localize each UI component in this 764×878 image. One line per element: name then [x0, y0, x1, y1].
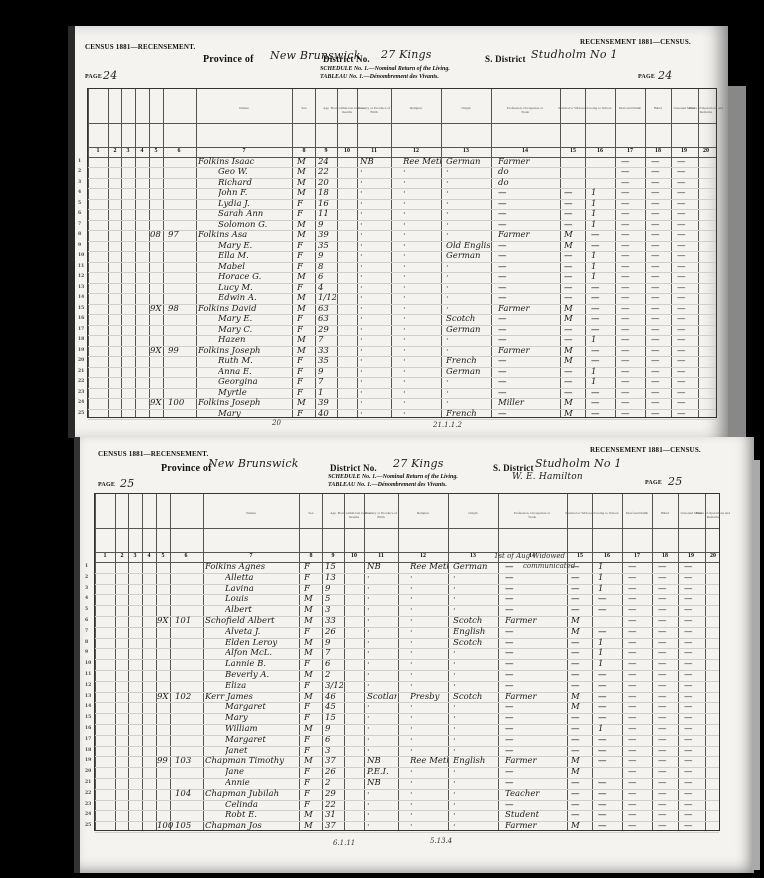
origin: German — [453, 562, 497, 573]
school: — — [598, 756, 618, 767]
column-number: 5 — [157, 553, 169, 559]
blank-mark: — — [658, 573, 668, 584]
school: — — [591, 304, 611, 314]
blank-mark: — — [684, 724, 694, 735]
age: 29 — [318, 325, 336, 335]
sex: M — [297, 220, 313, 230]
line-number: 4 — [85, 594, 93, 605]
religion: · — [410, 713, 448, 724]
origin: · — [453, 659, 497, 670]
line-number: 17 — [78, 325, 86, 335]
person-name: Folkins Joseph — [198, 346, 290, 356]
birthplace: · — [360, 367, 390, 377]
blank-mark: — — [628, 735, 638, 746]
sex: M — [304, 670, 320, 681]
person-name: Schofield Albert — [205, 616, 297, 627]
family-number: 97 — [168, 230, 192, 240]
line-number: 19 — [85, 756, 93, 767]
occupation: Farmer — [498, 230, 558, 240]
line-number: 21 — [78, 367, 86, 377]
sex: F — [297, 314, 313, 324]
blank-mark: — — [628, 724, 638, 735]
blank-mark: — — [651, 262, 661, 272]
school: 1 — [591, 262, 611, 272]
blank-mark: — — [621, 272, 631, 282]
origin: · — [446, 230, 490, 240]
occupation: do — [498, 178, 558, 188]
blank-mark: — — [621, 409, 631, 419]
blank-mark: — — [651, 209, 661, 219]
age: 26 — [325, 627, 343, 638]
marital-status: M — [564, 346, 584, 356]
blank-mark: — — [628, 627, 638, 638]
dwelling-number: 9X — [150, 304, 170, 314]
blank-mark: — — [621, 251, 631, 261]
line-number: 9 — [78, 241, 86, 251]
dwelling-number: 08 — [150, 230, 170, 240]
school: — — [591, 346, 611, 356]
birthplace: NB — [367, 756, 397, 767]
district-label: District No. — [330, 463, 377, 473]
school: — — [591, 314, 611, 324]
sex: M — [297, 304, 313, 314]
origin: · — [453, 789, 497, 800]
marital-status: — — [571, 724, 591, 735]
age: 33 — [318, 346, 336, 356]
blank-mark: — — [621, 346, 631, 356]
line-number: 21 — [85, 778, 93, 789]
province-label: Province of — [203, 54, 254, 65]
occupation: — — [498, 199, 558, 209]
marital-status: M — [571, 616, 591, 627]
birthplace: · — [367, 573, 397, 584]
blank-mark: — — [684, 778, 694, 789]
age: 3/12 — [325, 681, 343, 692]
blank-mark: — — [628, 594, 638, 605]
person-name: Folkins Joseph — [198, 398, 290, 408]
sex: M — [304, 756, 320, 767]
blank-mark: — — [628, 562, 638, 573]
person-name: Folkins Agnes — [205, 562, 297, 573]
age: 3 — [325, 605, 343, 616]
origin: · — [453, 821, 497, 832]
table-row: 25100105Chapman JosM37···FarmerM———— — [95, 821, 719, 833]
column-number: 12 — [417, 553, 429, 559]
column-header: Country or Province of Birth — [361, 511, 401, 519]
blank-mark: — — [621, 199, 631, 209]
birthplace: · — [360, 283, 390, 293]
blank-mark: — — [621, 220, 631, 230]
religion: · — [403, 241, 441, 251]
line-number: 13 — [85, 692, 93, 703]
marital-status: — — [571, 638, 591, 649]
occupation: — — [498, 241, 558, 251]
age: 9 — [318, 220, 336, 230]
line-number: 16 — [85, 724, 93, 735]
blank-mark: — — [684, 821, 694, 832]
birthplace: · — [360, 178, 390, 188]
blank-mark: — — [658, 681, 668, 692]
occupation: — — [498, 293, 558, 303]
column-number: 1 — [92, 148, 104, 154]
sex: F — [304, 735, 320, 746]
sex: M — [297, 293, 313, 303]
origin: · — [446, 262, 490, 272]
person-name: Kerr James — [205, 692, 297, 703]
line-number: 3 — [85, 584, 93, 595]
religion: · — [403, 209, 441, 219]
remark-2: communicated — [523, 562, 575, 570]
line-number: 25 — [85, 821, 93, 832]
blank-mark: — — [651, 241, 661, 251]
birthplace: · — [360, 220, 390, 230]
blank-mark: — — [677, 325, 687, 335]
marital-status: M — [571, 767, 591, 778]
birthplace: NB — [367, 778, 397, 789]
page-label-right: PAGE — [638, 74, 655, 80]
sex: F — [297, 209, 313, 219]
blank-mark: — — [658, 594, 668, 605]
blank-mark: — — [628, 659, 638, 670]
column-number: 14 — [519, 148, 531, 154]
blank-mark: — — [684, 702, 694, 713]
age: 9 — [318, 251, 336, 261]
header-rule — [95, 528, 719, 529]
school: — — [591, 356, 611, 366]
origin: German — [446, 325, 490, 335]
birthplace: · — [360, 325, 390, 335]
blank-mark: — — [677, 157, 687, 167]
age: 35 — [318, 241, 336, 251]
religion: · — [403, 199, 441, 209]
marital-status: — — [571, 789, 591, 800]
origin: · — [446, 272, 490, 282]
blank-mark: — — [658, 562, 668, 573]
occupation: Farmer — [505, 616, 565, 627]
school: 1 — [591, 209, 611, 219]
age: 63 — [318, 314, 336, 324]
birthplace: · — [367, 713, 397, 724]
occupation: — — [505, 702, 565, 713]
birthplace: · — [360, 241, 390, 251]
subdistrict-value: Studholm No 1 — [535, 457, 622, 470]
sex: F — [304, 562, 320, 573]
sex: F — [304, 789, 320, 800]
column-number: 5 — [150, 148, 162, 154]
line-number: 25 — [78, 409, 86, 419]
birthplace: · — [360, 209, 390, 219]
province-value: New Brunswick — [208, 457, 299, 470]
district-label: District No. — [323, 54, 370, 64]
blank-mark: — — [658, 800, 668, 811]
origin: · — [446, 283, 490, 293]
sex: M — [304, 692, 320, 703]
origin: · — [453, 767, 497, 778]
religion: · — [410, 681, 448, 692]
blank-mark: — — [658, 702, 668, 713]
religion: · — [403, 367, 441, 377]
column-header: Origin — [446, 106, 486, 110]
religion: · — [410, 800, 448, 811]
line-number: 12 — [78, 272, 86, 282]
family-number: 104 — [175, 789, 199, 800]
occupation: — — [498, 409, 558, 419]
blank-mark: — — [651, 346, 661, 356]
marital-status: — — [571, 778, 591, 789]
blank-mark: — — [677, 293, 687, 303]
column-number: 9 — [320, 148, 332, 154]
origin: Scotch — [446, 314, 490, 324]
blank-mark: — — [651, 157, 661, 167]
blank-mark: — — [658, 713, 668, 724]
marital-status: — — [564, 199, 584, 209]
birthplace: · — [360, 388, 390, 398]
origin: · — [453, 594, 497, 605]
sex: M — [304, 638, 320, 649]
sex: M — [304, 724, 320, 735]
marital-status: M — [564, 241, 584, 251]
subdistrict-label: S. District — [485, 54, 526, 64]
blank-mark: — — [628, 573, 638, 584]
blank-mark: — — [658, 746, 668, 757]
age: 24 — [318, 157, 336, 167]
sex: F — [297, 251, 313, 261]
column-header: Profession, Occupation or Trade — [505, 106, 545, 114]
sex: M — [297, 335, 313, 345]
age: 1 — [318, 388, 336, 398]
column-header: Profession, Occupation or Trade — [512, 511, 552, 519]
blank-mark: — — [628, 800, 638, 811]
origin: · — [453, 778, 497, 789]
sex: F — [297, 388, 313, 398]
blank-mark: — — [621, 388, 631, 398]
blank-mark: — — [684, 800, 694, 811]
sex: M — [297, 230, 313, 240]
religion: · — [403, 251, 441, 261]
blank-mark: — — [684, 810, 694, 821]
blank-mark: — — [677, 314, 687, 324]
sex: M — [297, 398, 313, 408]
age: 39 — [318, 230, 336, 240]
school: — — [591, 283, 611, 293]
blank-mark: — — [677, 346, 687, 356]
blank-mark: — — [621, 178, 631, 188]
origin: · — [446, 335, 490, 345]
school: — — [591, 293, 611, 303]
religion: · — [403, 335, 441, 345]
religion: · — [410, 638, 448, 649]
person-name: Chapman Jubilah — [205, 789, 297, 800]
blank-mark: — — [677, 167, 687, 177]
dwelling-number: 9X — [150, 346, 170, 356]
line-number: 16 — [78, 314, 86, 324]
origin: · — [453, 605, 497, 616]
family-number: 100 — [168, 398, 192, 408]
blank-mark: — — [621, 325, 631, 335]
marital-status: — — [564, 325, 584, 335]
origin: German — [446, 157, 490, 167]
marital-status: — — [571, 584, 591, 595]
occupation: — — [498, 377, 558, 387]
line-number: 5 — [85, 605, 93, 616]
column-header: Country or Province of Birth — [354, 106, 394, 114]
age: 37 — [325, 821, 343, 832]
column-header: Religion — [403, 511, 443, 515]
marital-status: — — [571, 659, 591, 670]
birthplace: · — [360, 188, 390, 198]
age: 8 — [318, 262, 336, 272]
blank-mark: — — [628, 810, 638, 821]
origin: Scotch — [453, 638, 497, 649]
marital-status: — — [564, 388, 584, 398]
sex: F — [297, 377, 313, 387]
blank-mark: — — [621, 188, 631, 198]
blank-mark: — — [658, 810, 668, 821]
birthplace: · — [367, 681, 397, 692]
family-number: 105 — [175, 821, 199, 832]
blank-mark: — — [628, 605, 638, 616]
occupation: — — [505, 648, 565, 659]
birthplace: · — [367, 605, 397, 616]
marital-status: M — [564, 356, 584, 366]
blank-mark: — — [684, 648, 694, 659]
origin: · — [446, 220, 490, 230]
column-number: 10 — [341, 148, 353, 154]
age: 9 — [318, 367, 336, 377]
occupation: — — [498, 314, 558, 324]
blank-mark: — — [677, 304, 687, 314]
sex: F — [304, 627, 320, 638]
blank-mark: — — [628, 670, 638, 681]
blank-mark: — — [621, 367, 631, 377]
blank-mark: — — [628, 584, 638, 595]
religion: · — [403, 356, 441, 366]
marital-status: — — [564, 335, 584, 345]
line-number: 1 — [85, 562, 93, 573]
blank-mark: — — [651, 356, 661, 366]
school: 1 — [598, 562, 618, 573]
school: 1 — [598, 648, 618, 659]
blank-mark: — — [651, 251, 661, 261]
line-number: 24 — [78, 398, 86, 408]
page-number-left: 24 — [103, 69, 117, 82]
age: 13 — [325, 573, 343, 584]
census-title-left: CENSUS 1881—RECENSEMENT. — [85, 43, 195, 51]
sex: M — [297, 346, 313, 356]
line-number: 23 — [78, 388, 86, 398]
census-page-25: CENSUS 1881—RECENSEMENT. Province of New… — [74, 437, 754, 873]
occupation: Farmer — [498, 157, 558, 167]
line-number: 5 — [78, 199, 86, 209]
religion: · — [403, 377, 441, 387]
line-number: 7 — [78, 220, 86, 230]
sex: F — [297, 367, 313, 377]
sex: F — [297, 199, 313, 209]
line-number: 18 — [78, 335, 86, 345]
page-number-left: 25 — [120, 477, 134, 490]
line-number: 14 — [85, 702, 93, 713]
age: 26 — [325, 767, 343, 778]
sex: F — [297, 356, 313, 366]
sex: F — [304, 681, 320, 692]
occupation: — — [498, 262, 558, 272]
dwelling-number: 9X — [157, 692, 177, 703]
blank-mark: — — [658, 670, 668, 681]
column-number: 13 — [460, 148, 472, 154]
blank-mark: — — [658, 789, 668, 800]
schedule-english: SCHEDULE No. 1.—Nominal Return of the Li… — [320, 66, 450, 72]
page-number-right: 24 — [658, 69, 672, 82]
marital-status: M — [564, 314, 584, 324]
occupation: — — [505, 594, 565, 605]
school: 1 — [591, 367, 611, 377]
marital-status: — — [564, 251, 584, 261]
page-label-left: PAGE — [85, 74, 102, 80]
blank-mark: — — [651, 188, 661, 198]
age: 63 — [318, 304, 336, 314]
blank-mark: — — [658, 724, 668, 735]
line-number: 17 — [85, 735, 93, 746]
blank-mark: — — [677, 188, 687, 198]
school: — — [598, 800, 618, 811]
birthplace: · — [360, 199, 390, 209]
remark-1: 1st of Aug Widowed — [494, 552, 565, 560]
birthplace: · — [367, 584, 397, 595]
birthplace: · — [360, 262, 390, 272]
school: — — [598, 605, 618, 616]
blank-mark: — — [658, 821, 668, 832]
religion: · — [403, 283, 441, 293]
line-number: 12 — [85, 681, 93, 692]
marital-status: — — [564, 283, 584, 293]
column-number: 15 — [567, 148, 579, 154]
column-number: 13 — [467, 553, 479, 559]
age: 46 — [325, 692, 343, 703]
blank-mark: — — [677, 272, 687, 282]
sex: F — [304, 800, 320, 811]
blank-mark: — — [677, 199, 687, 209]
census-title-left: CENSUS 1881—RECENSEMENT. — [98, 450, 208, 458]
marital-status: M — [571, 627, 591, 638]
line-number: 3 — [78, 178, 86, 188]
age: 9 — [325, 584, 343, 595]
religion: Ree Meth — [403, 157, 441, 167]
dwelling-number: 9X — [157, 616, 177, 627]
column-header: Origin — [453, 511, 493, 515]
line-number: 13 — [78, 283, 86, 293]
person-name: Chapman Jos — [205, 821, 297, 832]
blank-mark: — — [621, 356, 631, 366]
age: 1/12 — [318, 293, 336, 303]
blank-mark: — — [684, 746, 694, 757]
school: 1 — [598, 638, 618, 649]
blank-mark: — — [628, 681, 638, 692]
blank-mark: — — [651, 367, 661, 377]
religion: · — [410, 573, 448, 584]
occupation: — — [498, 209, 558, 219]
blank-mark: — — [651, 199, 661, 209]
column-number: 7 — [245, 553, 257, 559]
column-number: 2 — [109, 148, 121, 154]
age: 11 — [318, 209, 336, 219]
line-number: 18 — [85, 746, 93, 757]
occupation: — — [505, 638, 565, 649]
column-number: 15 — [574, 553, 586, 559]
line-number: 7 — [85, 627, 93, 638]
religion: · — [403, 272, 441, 282]
birthplace: · — [360, 409, 390, 419]
birthplace: · — [367, 659, 397, 670]
